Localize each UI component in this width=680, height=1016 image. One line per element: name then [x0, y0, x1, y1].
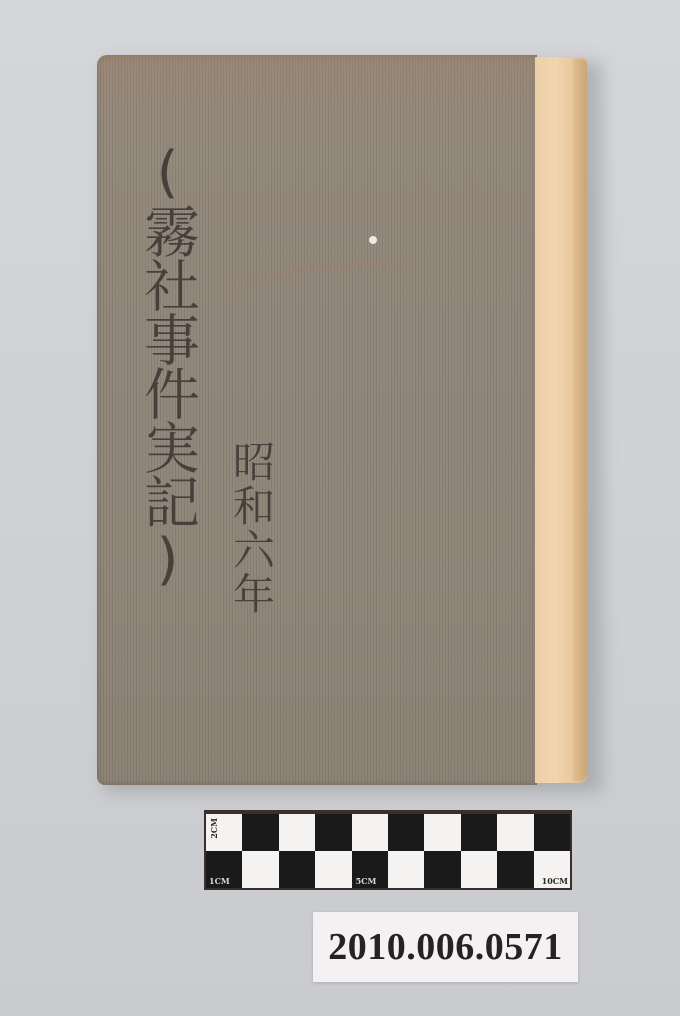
- measurement-scale: 2CM 1CM 5CM 10CM: [204, 810, 572, 890]
- page-edges: [573, 59, 587, 781]
- handwritten-title: (霧社事件実記): [137, 140, 197, 590]
- cover-stain: [226, 257, 418, 309]
- scale-cell: 1CM: [206, 851, 242, 888]
- scale-label-2cm: 2CM: [209, 818, 219, 839]
- scale-cell: [424, 851, 460, 888]
- scale-cell: 2CM: [206, 814, 242, 851]
- scale-cell: [424, 814, 460, 851]
- scale-cell: [315, 851, 351, 888]
- cover-discoloration: [97, 55, 537, 115]
- scale-cell: [497, 851, 533, 888]
- scale-cell: 5CM: [352, 851, 388, 888]
- scale-cell: [497, 814, 533, 851]
- scale-cell: [352, 814, 388, 851]
- accession-number-label: 2010.006.0571: [313, 912, 578, 982]
- scale-cell: [388, 851, 424, 888]
- accession-number: 2010.006.0571: [328, 925, 563, 969]
- scale-label-5cm: 5CM: [356, 876, 377, 886]
- scale-grid: 2CM 1CM 5CM 10CM: [206, 814, 570, 888]
- scale-cell: [388, 814, 424, 851]
- handwritten-date: 昭和六年: [229, 440, 273, 616]
- scale-cell: [461, 814, 497, 851]
- scale-cell: [279, 851, 315, 888]
- scale-label-1cm: 1CM: [209, 876, 230, 886]
- scale-cell: [242, 814, 278, 851]
- scale-cell: [242, 851, 278, 888]
- scale-cell: [461, 851, 497, 888]
- scale-cell: [315, 814, 351, 851]
- book-cover: (霧社事件実記) 昭和六年: [97, 55, 537, 785]
- book: (霧社事件実記) 昭和六年: [97, 55, 595, 785]
- scale-cell: 10CM: [534, 851, 570, 888]
- scale-cell: [279, 814, 315, 851]
- cover-spot: [369, 236, 377, 244]
- scale-label-10cm: 10CM: [542, 876, 568, 886]
- scale-cell: [534, 814, 570, 851]
